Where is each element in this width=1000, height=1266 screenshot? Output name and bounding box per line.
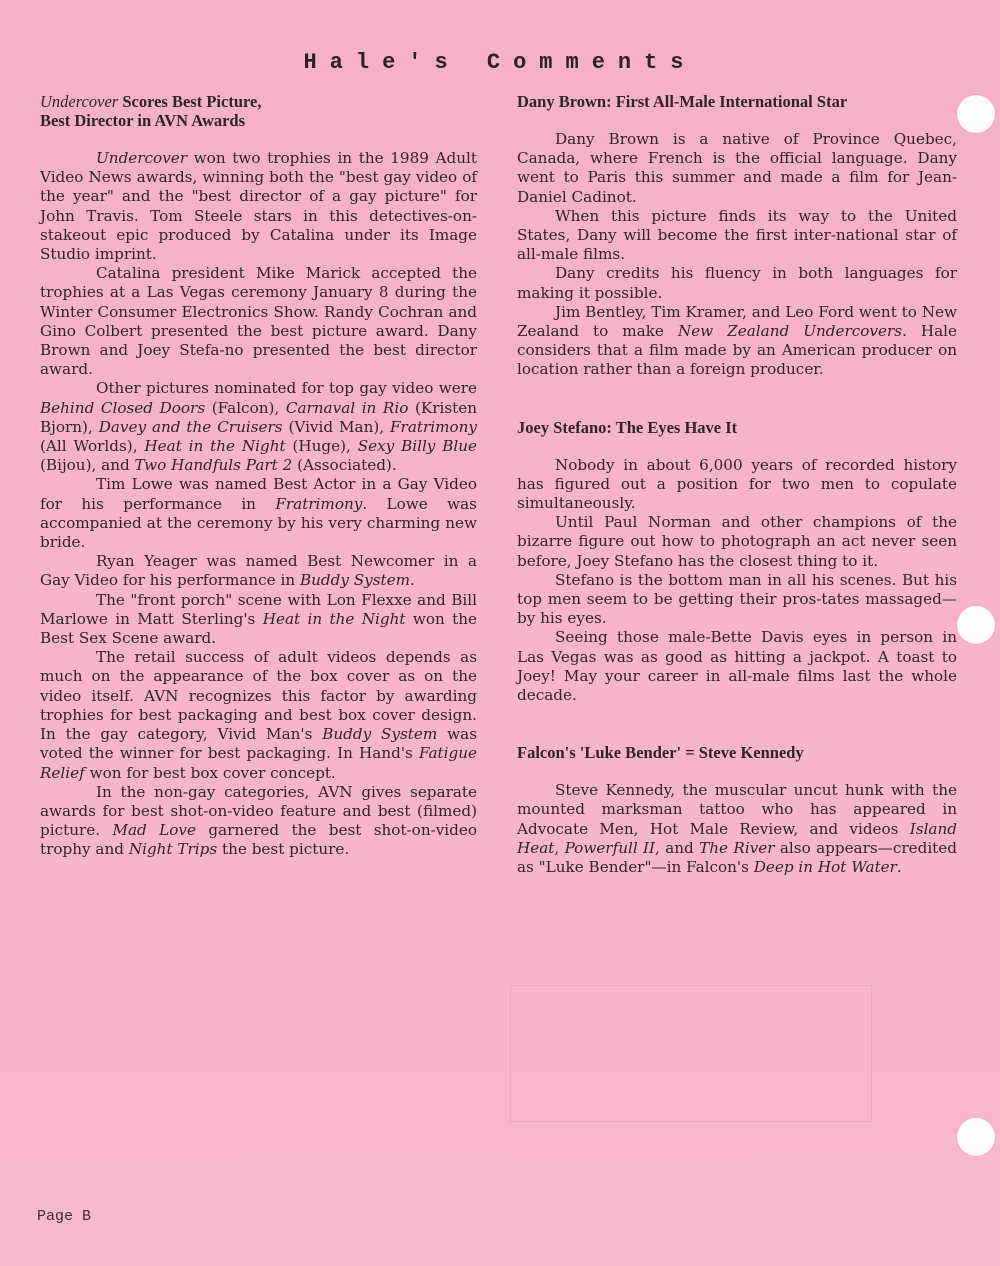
article-headline: Joey Stefano: The Eyes Have It [517, 418, 957, 437]
article-headline: Dany Brown: First All-Male International… [517, 92, 957, 111]
text-run: (Bijou), and [40, 456, 135, 474]
text-run: (Huge), [286, 437, 358, 455]
italic-title: New Zealand Undercovers [678, 322, 902, 340]
page-number: Page B [37, 1208, 91, 1225]
text-run: Until Paul Norman and other champions of… [517, 513, 957, 569]
italic-title: Fratrimony [390, 418, 477, 436]
italic-title: Behind Closed Doors [40, 399, 205, 417]
text-run: Nobody in about 6,000 years of recorded … [517, 456, 957, 512]
text-run: Steve Kennedy, the muscular uncut hunk w… [517, 781, 957, 837]
text-run: When this picture finds its way to the U… [517, 207, 957, 263]
paragraph: When this picture finds its way to the U… [517, 207, 957, 265]
paragraph: Seeing those male-Bette Davis eyes in pe… [517, 628, 957, 705]
section-spacer [517, 705, 957, 743]
text-run: , and [655, 839, 699, 857]
text-run: , [554, 839, 564, 857]
italic-title: Mad Love [112, 821, 196, 839]
paragraph: Tim Lowe was named Best Actor in a Gay V… [40, 475, 477, 552]
binder-hole-bottom [957, 1118, 995, 1156]
italic-title: The River [699, 839, 774, 857]
text-run: (Associated). [292, 456, 396, 474]
text-run: the best picture. [217, 840, 349, 858]
italic-title: Carnaval in Rio [286, 399, 409, 417]
italic-title: Sexy Billy Blue [358, 437, 477, 455]
article-headline-avn-awards: Undercover Scores Best Picture, Best Dir… [40, 92, 340, 130]
italic-title: Davey and the Cruisers [99, 418, 283, 436]
italic-title: Two Handfuls Part 2 [135, 456, 293, 474]
paragraph: Undercover won two trophies in the 1989 … [40, 149, 477, 264]
paragraph: Other pictures nominated for top gay vid… [40, 379, 477, 475]
bleed-through-box [510, 985, 872, 1122]
headline-italic-title: Undercover [40, 92, 118, 111]
document-page: Hale's Comments Undercover Scores Best P… [0, 0, 1000, 1266]
right-column: Dany Brown: First All-Male International… [517, 92, 957, 877]
text-run: Other pictures nominated for top gay vid… [96, 379, 477, 397]
article-headline: Falcon's 'Luke Bender' = Steve Kennedy [517, 743, 957, 762]
article-body: Nobody in about 6,000 years of recorded … [517, 456, 957, 706]
text-run: Dany Brown is a native of Province Quebe… [517, 130, 957, 206]
text-run: (Vivid Man), [283, 418, 390, 436]
paragraph: In the non-gay categories, AVN gives sep… [40, 783, 477, 860]
paragraph: The retail success of adult videos depen… [40, 648, 477, 782]
italic-title: Buddy System [322, 725, 437, 743]
paragraph: Jim Bentley, Tim Kramer, and Leo Ford we… [517, 303, 957, 380]
left-column: Undercover Scores Best Picture, Best Dir… [40, 92, 477, 860]
text-run: (Falcon), [205, 399, 286, 417]
italic-title: Undercover [96, 149, 187, 167]
text-run: Stefano is the bottom man in all his sce… [517, 571, 957, 627]
italic-title: Powerfull II [565, 839, 655, 857]
text-run: . [897, 858, 902, 876]
italic-title: Heat in the Night [263, 610, 406, 628]
binder-hole-top [957, 95, 995, 133]
paragraph: Dany Brown is a native of Province Quebe… [517, 130, 957, 207]
text-run: Dany credits his fluency in both languag… [517, 264, 957, 301]
paragraph: The "front porch" scene with Lon Flexxe … [40, 591, 477, 649]
section-spacer [517, 380, 957, 418]
paragraph: Nobody in about 6,000 years of recorded … [517, 456, 957, 514]
paragraph: Steve Kennedy, the muscular uncut hunk w… [517, 781, 957, 877]
paragraph: Stefano is the bottom man in all his sce… [517, 571, 957, 629]
article-body-avn-awards: Undercover won two trophies in the 1989 … [40, 149, 477, 860]
masthead-title: Hale's Comments [0, 50, 1000, 75]
text-run: won for best box cover concept. [85, 764, 336, 782]
headline-text-line2: Best Director in AVN Awards [40, 111, 245, 130]
paragraph: Dany credits his fluency in both languag… [517, 264, 957, 302]
italic-title: Fratrimony [275, 495, 362, 513]
paragraph: Ryan Yeager was named Best Newcomer in a… [40, 552, 477, 590]
binder-hole-middle [957, 606, 995, 644]
article-body: Dany Brown is a native of Province Quebe… [517, 130, 957, 380]
article-body: Steve Kennedy, the muscular uncut hunk w… [517, 781, 957, 877]
text-run: . [410, 571, 415, 589]
italic-title: Deep in Hot Water [754, 858, 897, 876]
text-run: Seeing those male-Bette Davis eyes in pe… [517, 628, 957, 704]
text-run: (All Worlds), [40, 437, 144, 455]
paragraph: Until Paul Norman and other champions of… [517, 513, 957, 571]
headline-text-line1: Scores Best Picture, [118, 92, 261, 111]
text-run: Catalina president Mike Marick accepted … [40, 264, 477, 378]
italic-title: Heat in the Night [144, 437, 285, 455]
right-column-articles: Dany Brown: First All-Male International… [517, 92, 957, 877]
italic-title: Buddy System [300, 571, 410, 589]
paragraph: Catalina president Mike Marick accepted … [40, 264, 477, 379]
italic-title: Night Trips [129, 840, 217, 858]
